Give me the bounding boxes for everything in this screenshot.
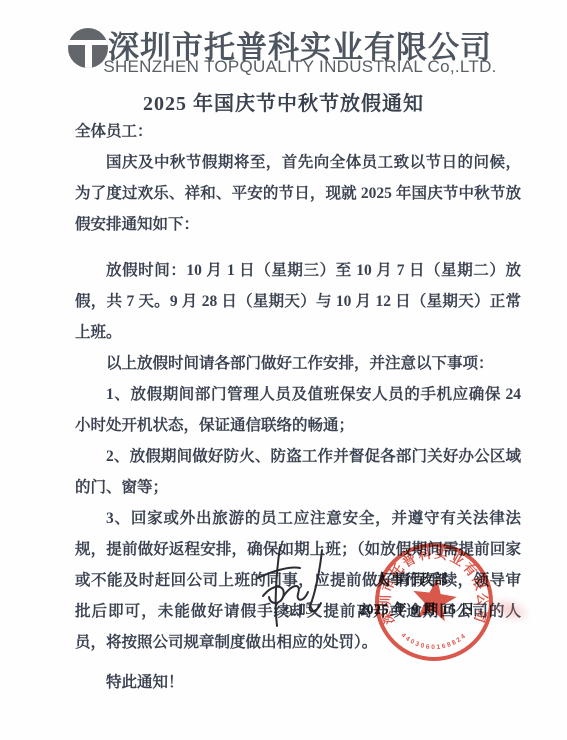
notice-title: 2025 年国庆节中秋节放假通知: [0, 87, 567, 116]
signature-stroke-crossbar: [258, 568, 300, 578]
signature-stroke-loop1: [263, 587, 284, 603]
greeting-line: 全体员工：: [75, 116, 521, 147]
logo-t-stem: [85, 40, 92, 68]
paragraph-holiday-dates: 放假时间：10 月 1 日（星期三）至 10 月 7 日（星期二）放假，共 7 …: [75, 255, 521, 348]
closing-line: 特此通知！: [75, 667, 521, 698]
signing-date: 2025 年 9 月 15 日: [359, 599, 475, 619]
paragraph-arrangement: 以上放假时间请各部门做好工作安排，并注意以下事项：: [75, 348, 521, 379]
scanned-notice-document: 深圳市托普科实业有限公司 SHENZHEN TOPQUALITY INDUSTR…: [0, 0, 567, 740]
handwritten-date: 9.15: [283, 598, 315, 622]
paragraph-item-2: 2、放假期间做好防火、防盗工作并督促各部门关好办公区域的门、窗等；: [75, 441, 521, 503]
paragraph-item-1: 1、放假期间部门管理人员及值班保安人员的手机应确保 24 小时处开机状态，保证通…: [75, 379, 521, 441]
signing-department: 人事行政部: [376, 568, 449, 588]
paragraph-intro: 国庆及中秋节假期将至，首先向全体员工致以节日的问候，为了度过欢乐、祥和、平安的节…: [75, 147, 521, 240]
company-name-english: SHENZHEN TOPQUALITY INDUSTRIAL Co,.LTD.: [95, 57, 505, 77]
signature-stroke-loop2: [283, 586, 308, 600]
